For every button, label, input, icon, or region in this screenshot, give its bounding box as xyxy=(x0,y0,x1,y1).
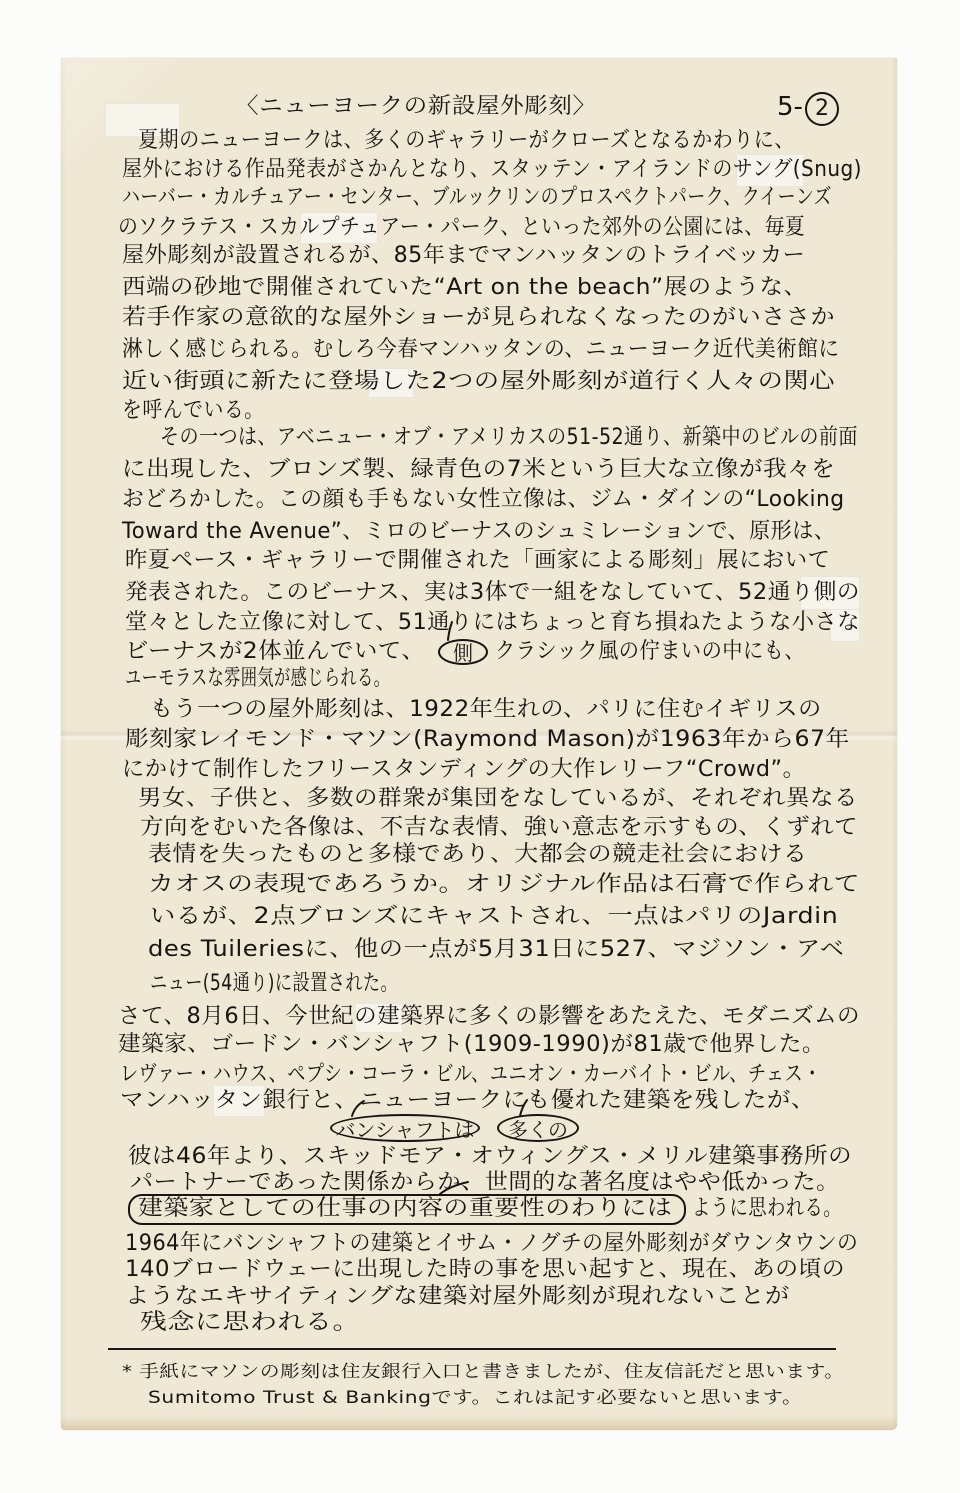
insertion-bubble-many: 多くの xyxy=(497,1114,579,1142)
manuscript-line: 方向をむいた各像は、不吉な表情、強い意志を示すもの、くずれて xyxy=(140,816,858,840)
manuscript-title: 〈ニューヨークの新設屋外彫刻〉 xyxy=(235,95,596,119)
manuscript-line: カオスの表現であろうか。オリジナル作品は石膏で作られて xyxy=(148,873,860,897)
footnote-line: Sumitomo Trust & Bankingです。これは記す必要ないと思いま… xyxy=(148,1388,803,1408)
manuscript-line: 夏期のニューヨークは、多くのギャラリーがクローズとなるかわりに、 xyxy=(138,129,795,153)
manuscript-line: 1964年にバンシャフトの建築とイサム・ノグチの屋外彫刻がダウンタウンの xyxy=(125,1232,858,1256)
manuscript-line: 近い街頭に新たに登場した2つの屋外彫刻が道行く人々の関心 xyxy=(122,370,835,394)
manuscript-line: 男女、子供と、多数の群衆が集団をなしているが、それぞれ異なる xyxy=(138,787,858,811)
manuscript-line: ように思われる。 xyxy=(692,1197,842,1221)
manuscript-line: 表情を失ったものと多様であり、大都会の競走社会における xyxy=(148,843,807,867)
manuscript-line: 堂々とした立像に対して、51通りにはちょっと育ち損ねたような小さな xyxy=(125,611,860,635)
manuscript-line: クラシック風の佇まいの中にも、 xyxy=(495,640,805,664)
manuscript-line: ニュー(54通り)に設置された。 xyxy=(150,972,398,996)
manuscript-line: 西端の砂地で開催されていた“Art on the beach”展のような、 xyxy=(122,276,808,300)
manuscript-line: パートナーであった関係からか、世間的な著名度はやや低かった。 xyxy=(130,1171,840,1195)
manuscript-line: ハーバー・カルチュアー・センター、ブルックリンのプロスペクトパーク、クイーンズ xyxy=(122,186,832,210)
manuscript-line: 屋外における作品発表がさかんとなり、スタッテン・アイランドのサング(Snug) xyxy=(122,158,862,182)
manuscript-line: その一つは、アベニュー・オブ・アメリカスの51-52通り、新築中のビルの前面 xyxy=(160,426,858,450)
manuscript-line: 140ブロードウェーに出現した時の事を思い起すと、現在、あの頃の xyxy=(125,1258,845,1282)
manuscript-line: 淋しく感じられる。むしろ今春マンハッタンの、ニューヨーク近代美術館に xyxy=(122,338,840,362)
manuscript-line: さて、8月6日、今世紀の建築界に多くの影響をあたえた、モダニズムの xyxy=(118,1005,860,1029)
manuscript-line: 彫刻家レイモンド・マソン(Raymond Mason)が1963年から67年 xyxy=(125,728,850,752)
manuscript-line: 彼は46年より、スキッドモア・オウィングス・メリル建築事務所の xyxy=(128,1145,852,1169)
manuscript-line: のソクラテス・スカルプチュアー・パーク、といった郊外の公園には、毎夏 xyxy=(118,216,805,240)
manuscript-line: ようなエキサイティングな建築対屋外彫刻が現れないことが xyxy=(125,1285,790,1309)
manuscript-line: に出現した、ブロンズ製、緑青色の7米という巨大な立像が我々を xyxy=(122,458,835,482)
manuscript-line: 残念に思われる。 xyxy=(140,1311,360,1335)
manuscript-line: 昨夏ペース・ギャラリーで開催された「画家による彫刻」展において xyxy=(125,549,830,573)
manuscript-line-boxed-insertion: 建築家としての仕事の内容の重要性のわりには xyxy=(138,1197,672,1221)
manuscript-line: 発表された。このビーナス、実は3体で一組をなしていて、52通り側の xyxy=(125,581,860,605)
manuscript-line: 若手作家の意欲的な屋外ショーが見られなくなったのがいささか xyxy=(122,306,835,330)
manuscript-line: を呼んでいる。 xyxy=(122,399,265,423)
page-number-circled: 2 xyxy=(805,92,839,126)
manuscript-line: マンハッタン銀行と、ニューヨークにも優れた建築を残したが、 xyxy=(120,1089,815,1113)
page-number-prefix: 5- xyxy=(777,92,803,122)
manuscript-line: いるが、2点ブロンズにキャストされ、一点はパリのJardin xyxy=(150,905,838,929)
footnote-divider xyxy=(108,1348,836,1350)
manuscript-line: 建築家、ゴードン・バンシャフト(1909-1990)が81歳で他界した。 xyxy=(118,1033,825,1057)
manuscript-line: ビーナスが2体並んでいて、 xyxy=(125,640,425,664)
manuscript-line: もう一つの屋外彫刻は、1922年生れの、パリに住むイギリスの xyxy=(150,698,822,722)
insertion-bubble-bunshaft: バンシャフトは xyxy=(330,1114,480,1142)
footnote-line: * 手紙にマソンの彫刻は住友銀行入口と書きましたが、住友信託だと思います。 xyxy=(122,1362,844,1382)
manuscript-line: レヴァー・ハウス、ペプシ・コーラ・ビル、ユニオン・カーバイト・ビル、チェス・ xyxy=(120,1063,822,1087)
manuscript-line: 屋外彫刻が設置されるが、85年までマンハッタンのトライベッカー xyxy=(122,244,805,268)
manuscript-line: ユーモラスな雰囲気が感じられる。 xyxy=(125,667,390,691)
circled-insertion-side: 側 xyxy=(438,639,488,665)
manuscript-line: おどろかした。この顔も手もない女性立像は、ジム・ダインの“Looking xyxy=(122,488,845,512)
manuscript-line: Toward the Avenue”、ミロのビーナスのシュミレーションで、原形は… xyxy=(122,520,835,544)
page-number: 5-2 xyxy=(777,92,839,126)
manuscript-line: にかけて制作したフリースタンディングの大作レリーフ“Crowd”。 xyxy=(122,758,805,782)
manuscript-line: des Tuileriesに、他の一点が5月31日に527、マジソン・アベ xyxy=(148,938,844,962)
